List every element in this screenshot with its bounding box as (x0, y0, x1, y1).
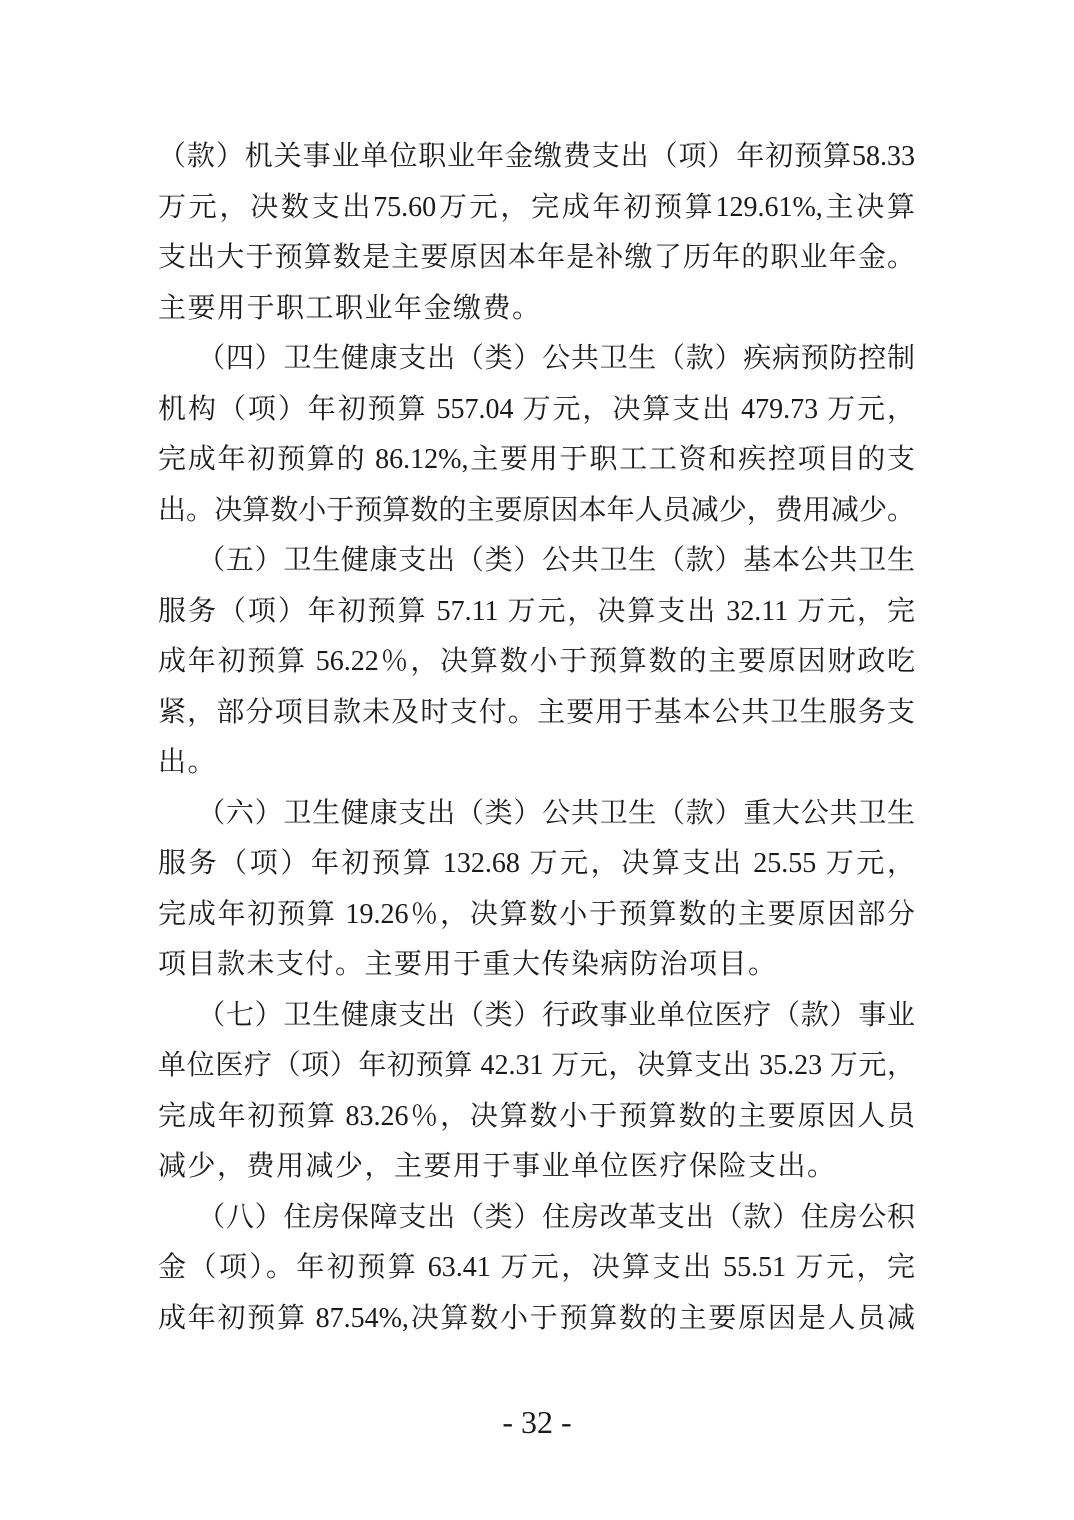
text-line: 单位医疗（项）年初预算 42.31 万元，决算支出 35.23 万元， (158, 1041, 915, 1092)
text-line: （六）卫生健康支出（类）公共卫生（款）重大公共卫生 (158, 789, 915, 840)
text-line: 机构（项）年初预算 557.04 万元，决算支出 479.73 万元， (158, 385, 915, 436)
text-line: 出。决算数小于预算数的主要原因本年人员减少，费用减少。 (158, 486, 915, 537)
text-line: （四）卫生健康支出（类）公共卫生（款）疾病预防控制 (158, 334, 915, 385)
text-line: 出。 (158, 738, 915, 789)
text-line: 主要用于职工职业年金缴费。 (158, 284, 915, 335)
document-page: （款）机关事业单位职业年金缴费支出（项）年初预算58.33万元，决数支出75.6… (0, 0, 1074, 1520)
document-body: （款）机关事业单位职业年金缴费支出（项）年初预算58.33万元，决数支出75.6… (158, 132, 915, 1344)
text-line: 紧，部分项目款未及时支付。主要用于基本公共卫生服务支 (158, 688, 915, 739)
text-line: 减少，费用减少，主要用于事业单位医疗保险支出。 (158, 1142, 915, 1193)
text-line: （七）卫生健康支出（类）行政事业单位医疗（款）事业 (158, 991, 915, 1042)
text-line: 完成年初预算的 86.12%,主要用于职工工资和疾控项目的支 (158, 435, 915, 486)
text-line: 服务（项）年初预算 132.68 万元，决算支出 25.55 万元， (158, 839, 915, 890)
text-line: 服务（项）年初预算 57.11 万元，决算支出 32.11 万元，完 (158, 587, 915, 638)
text-line: 成年初预算 56.22％，决算数小于预算数的主要原因财政吃 (158, 637, 915, 688)
text-line: 项目款未支付。主要用于重大传染病防治项目。 (158, 940, 915, 991)
text-line: 成年初预算 87.54%,决算数小于预算数的主要原因是人员减 (158, 1294, 915, 1345)
text-line: （款）机关事业单位职业年金缴费支出（项）年初预算58.33 (158, 132, 915, 183)
page-number: - 32 - (502, 1404, 571, 1440)
text-line: （五）卫生健康支出（类）公共卫生（款）基本公共卫生 (158, 536, 915, 587)
page-footer: - 32 - (0, 1400, 1074, 1444)
text-line: 金（项）。年初预算 63.41 万元，决算支出 55.51 万元，完 (158, 1243, 915, 1294)
text-line: 完成年初预算 83.26％，决算数小于预算数的主要原因人员 (158, 1092, 915, 1143)
text-line: 完成年初预算 19.26％，决算数小于预算数的主要原因部分 (158, 890, 915, 941)
text-line: （八）住房保障支出（类）住房改革支出（款）住房公积 (158, 1193, 915, 1244)
text-line: 支出大于预算数是主要原因本年是补缴了历年的职业年金。 (158, 233, 915, 284)
text-line: 万元，决数支出75.60万元，完成年初预算129.61%,主决算 (158, 183, 915, 234)
